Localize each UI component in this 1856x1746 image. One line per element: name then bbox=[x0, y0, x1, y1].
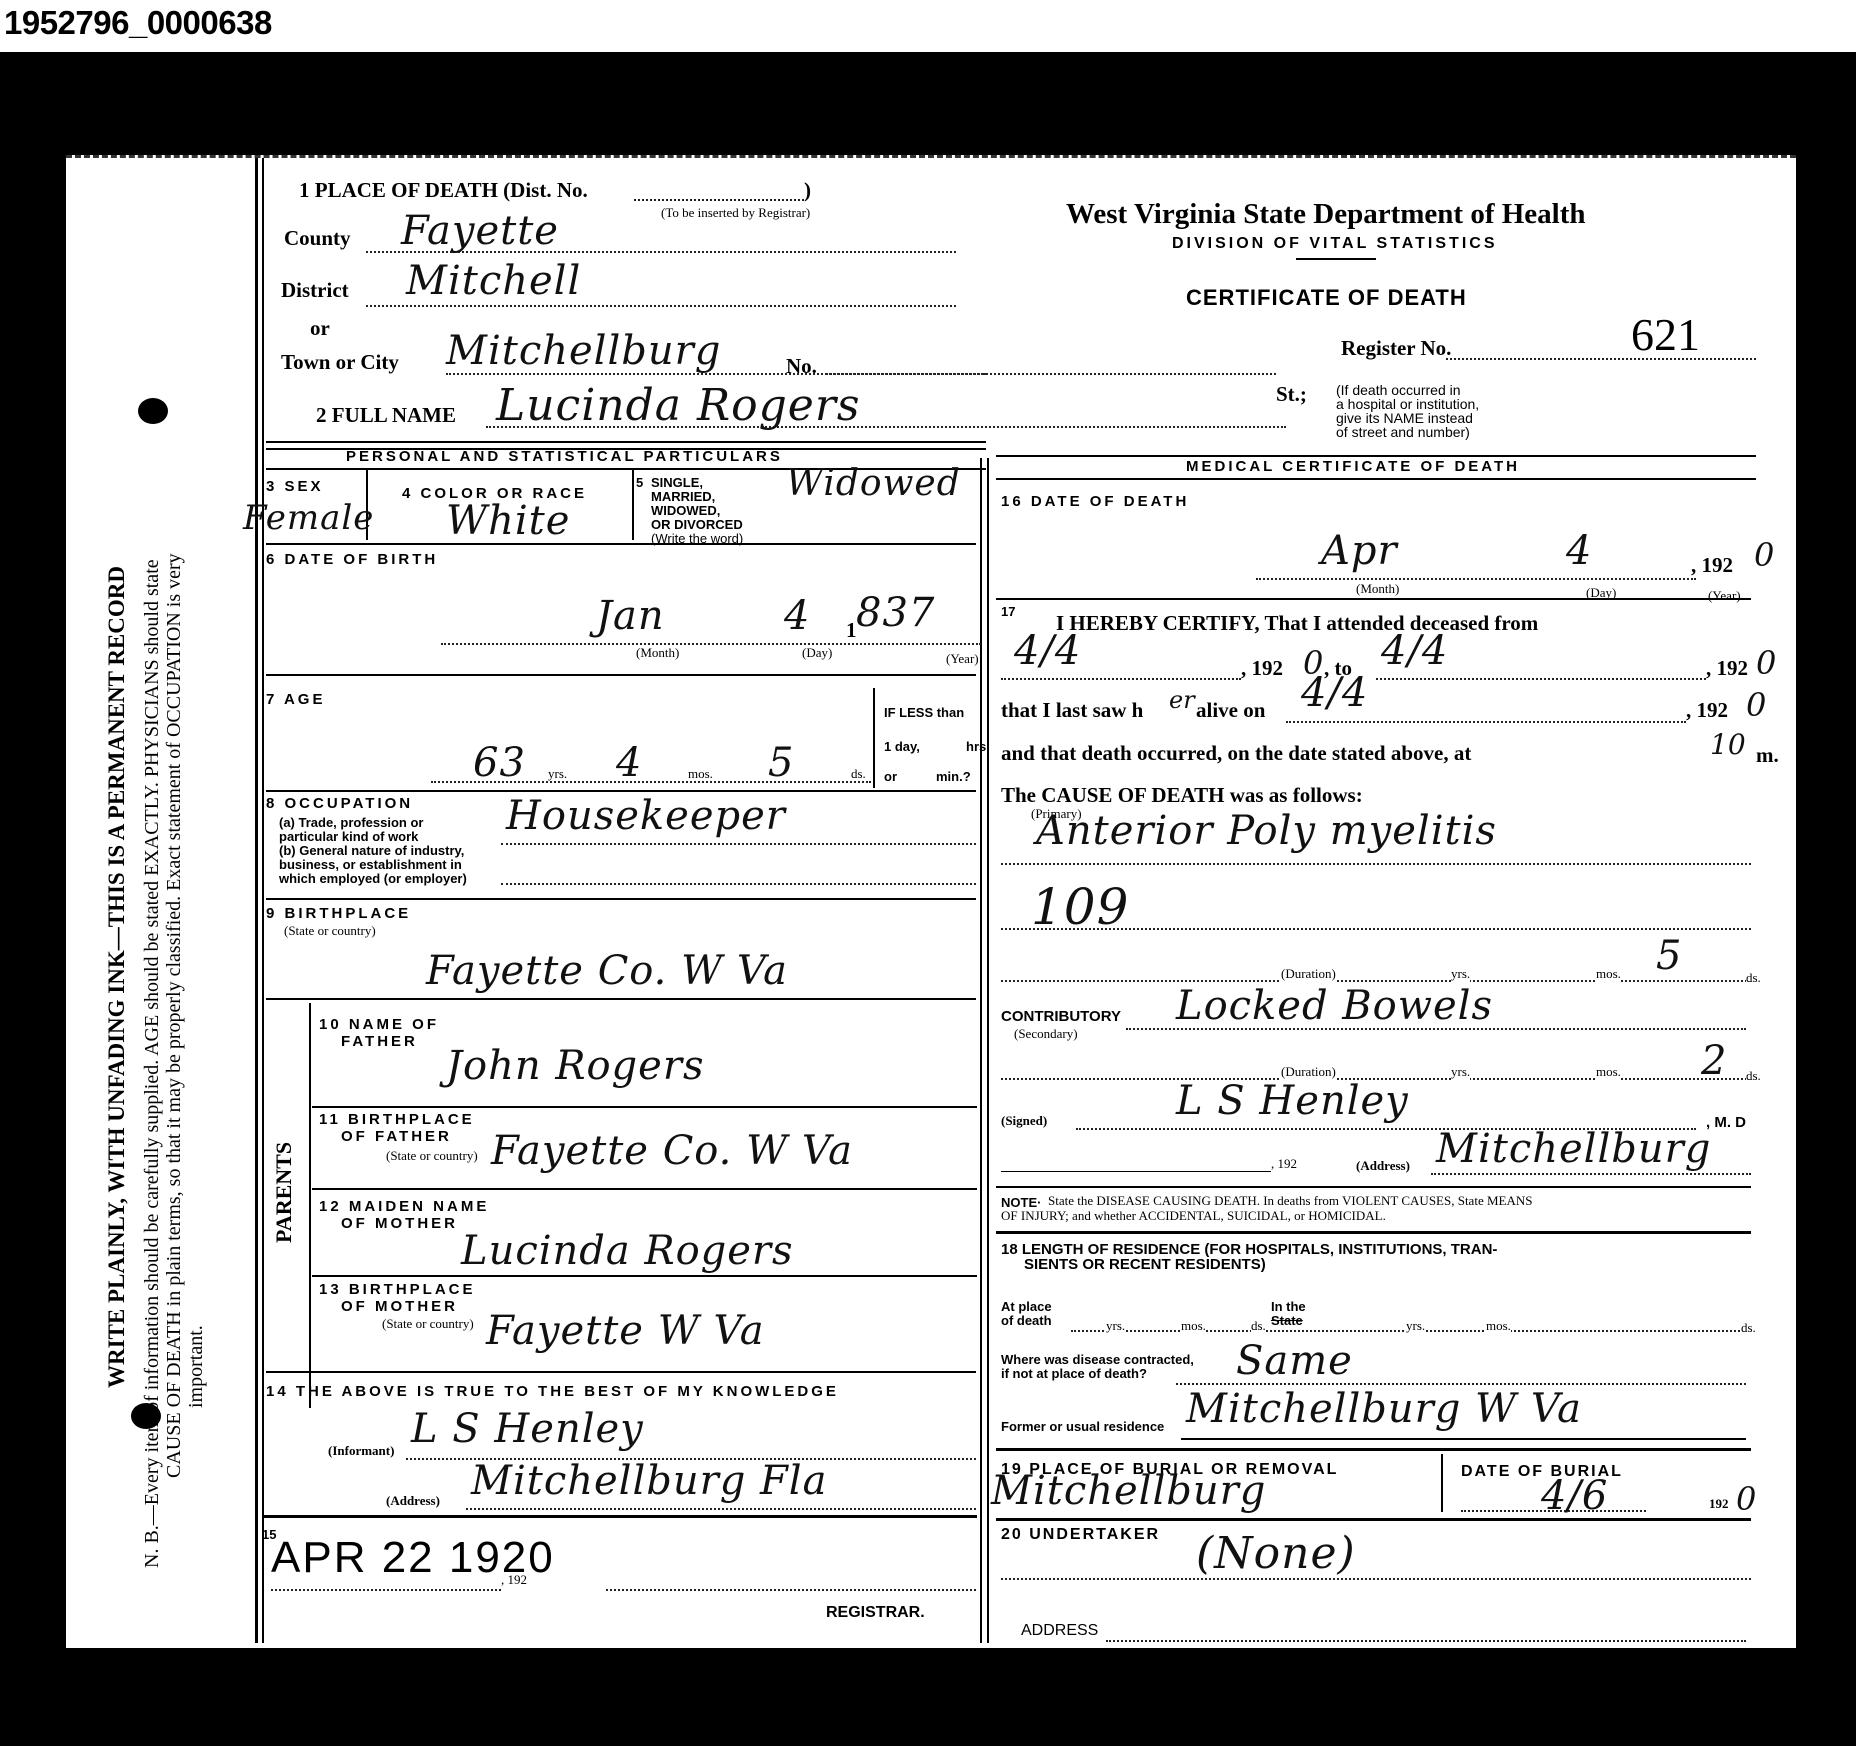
certificate-title: CERTIFICATE OF DEATH bbox=[1186, 285, 1467, 311]
occupation-hints: (a) Trade, profession orparticular kind … bbox=[279, 816, 467, 886]
father-name: John Rogers bbox=[446, 1043, 704, 1089]
birthplace-value: Fayette Co. W Va bbox=[426, 948, 788, 994]
race-value: White bbox=[446, 498, 570, 544]
age-days: 5 bbox=[768, 740, 794, 786]
registrar-note: (To be inserted by Registrar) bbox=[661, 205, 810, 221]
informant-statement: 14 THE ABOVE IS TRUE TO THE BEST OF MY K… bbox=[266, 1383, 839, 1400]
dob-year: 837 bbox=[856, 590, 935, 636]
father-birthplace: Fayette Co. W Va bbox=[491, 1128, 853, 1174]
death-certificate: WRITE PLAINLY, WITH UNFADING INK—THIS IS… bbox=[66, 155, 1796, 1648]
punch-hole bbox=[131, 1403, 161, 1429]
town-value: Mitchellburg bbox=[446, 328, 721, 374]
occupation-value: Housekeeper bbox=[506, 793, 786, 839]
agency-title: West Virginia State Department of Health bbox=[1066, 198, 1586, 231]
primary-cause-code: 109 bbox=[1031, 878, 1129, 936]
district-value: Mitchell bbox=[406, 258, 581, 304]
father-birthplace-label: 11 BIRTHPLACEOF FATHER bbox=[319, 1111, 475, 1145]
parents-label: PARENTS bbox=[271, 1142, 297, 1243]
dod-day: 4 bbox=[1566, 528, 1592, 574]
dod-month: Apr bbox=[1321, 528, 1398, 574]
registrar-label: REGISTRAR. bbox=[826, 1606, 925, 1620]
mother-birthplace: Fayette W Va bbox=[486, 1308, 765, 1354]
physician-signature: L S Henley bbox=[1176, 1078, 1409, 1124]
town-label: Town or City bbox=[281, 350, 399, 375]
physician-address: Mitchellburg bbox=[1436, 1126, 1711, 1172]
cause-note: State the DISEASE CAUSING DEATH. In deat… bbox=[1048, 1193, 1532, 1209]
permanent-record-note: WRITE PLAINLY, WITH UNFADING INK—THIS IS… bbox=[104, 566, 130, 1388]
primary-cause: Anterior Poly myelitis bbox=[1036, 808, 1497, 854]
frame-line bbox=[262, 158, 264, 1643]
hospital-note: (If death occurred ina hospital or insti… bbox=[1336, 383, 1479, 439]
full-name-label: 2 FULL NAME bbox=[316, 403, 456, 428]
primary-duration-days: 5 bbox=[1656, 933, 1682, 979]
instructions-line3: important. bbox=[185, 1325, 208, 1408]
attended-from: 4/4 bbox=[1014, 628, 1081, 674]
instructions-line2: CAUSE OF DEATH in plain terms, so that i… bbox=[163, 553, 186, 1478]
division-title: DIVISION OF VITAL STATISTICS bbox=[1172, 235, 1498, 253]
marital-label: SINGLE,MARRIED, WIDOWED,OR DIVORCED (Wri… bbox=[651, 476, 743, 546]
county-label: County bbox=[284, 226, 351, 251]
mother-label: 12 MAIDEN NAMEOF MOTHER bbox=[319, 1198, 489, 1232]
contributory-cause: Locked Bowels bbox=[1176, 983, 1493, 1029]
death-time-statement: and that death occurred, on the date sta… bbox=[1001, 741, 1471, 766]
certify-statement: I HEREBY CERTIFY, That I attended deceas… bbox=[1056, 611, 1538, 636]
top-bar: 1952796_0000638 bbox=[0, 0, 1856, 52]
dob-month: Jan bbox=[596, 593, 665, 639]
full-name-value: Lucinda Rogers bbox=[496, 380, 860, 431]
age-months: 4 bbox=[616, 740, 642, 786]
informant-address: Mitchellburg Fla bbox=[471, 1458, 827, 1504]
burial-date: 4/6 bbox=[1541, 1473, 1608, 1519]
mother-name: Lucinda Rogers bbox=[461, 1228, 794, 1274]
personal-section-title: PERSONAL AND STATISTICAL PARTICULARS bbox=[346, 448, 783, 465]
register-number: 621 bbox=[1631, 308, 1700, 361]
contributory-duration-days: 2 bbox=[1701, 1038, 1727, 1084]
last-saw-date: 4/4 bbox=[1301, 670, 1368, 716]
medical-section-title: MEDICAL CERTIFICATE OF DEATH bbox=[1186, 458, 1520, 475]
document-id: 1952796_0000638 bbox=[4, 4, 272, 42]
frame-line bbox=[255, 158, 258, 1643]
dod-year: 0 bbox=[1754, 536, 1774, 574]
punch-hole bbox=[138, 398, 168, 424]
father-label: 10 NAME OFFATHER bbox=[319, 1016, 439, 1050]
dob-day: 4 bbox=[784, 593, 810, 639]
age-years: 63 bbox=[473, 740, 526, 786]
place-of-death-label: 1 PLACE OF DEATH (Dist. No. bbox=[299, 178, 588, 203]
district-label: District bbox=[281, 278, 349, 303]
former-residence: Mitchellburg W Va bbox=[1186, 1386, 1582, 1432]
mother-birthplace-label: 13 BIRTHPLACEOF MOTHER bbox=[319, 1281, 476, 1315]
attended-to: 4/4 bbox=[1381, 628, 1448, 674]
register-label: Register No. bbox=[1341, 336, 1451, 361]
marital-value: Widowed bbox=[786, 463, 961, 504]
death-time: 10 bbox=[1710, 728, 1746, 761]
sex-value: Female bbox=[243, 498, 374, 538]
informant-name: L S Henley bbox=[411, 1406, 644, 1452]
undertaker: (None) bbox=[1196, 1528, 1356, 1579]
disease-contracted-place: Same bbox=[1236, 1338, 1353, 1384]
county-value: Fayette bbox=[401, 208, 559, 254]
burial-place: Mitchellburg bbox=[991, 1468, 1266, 1514]
